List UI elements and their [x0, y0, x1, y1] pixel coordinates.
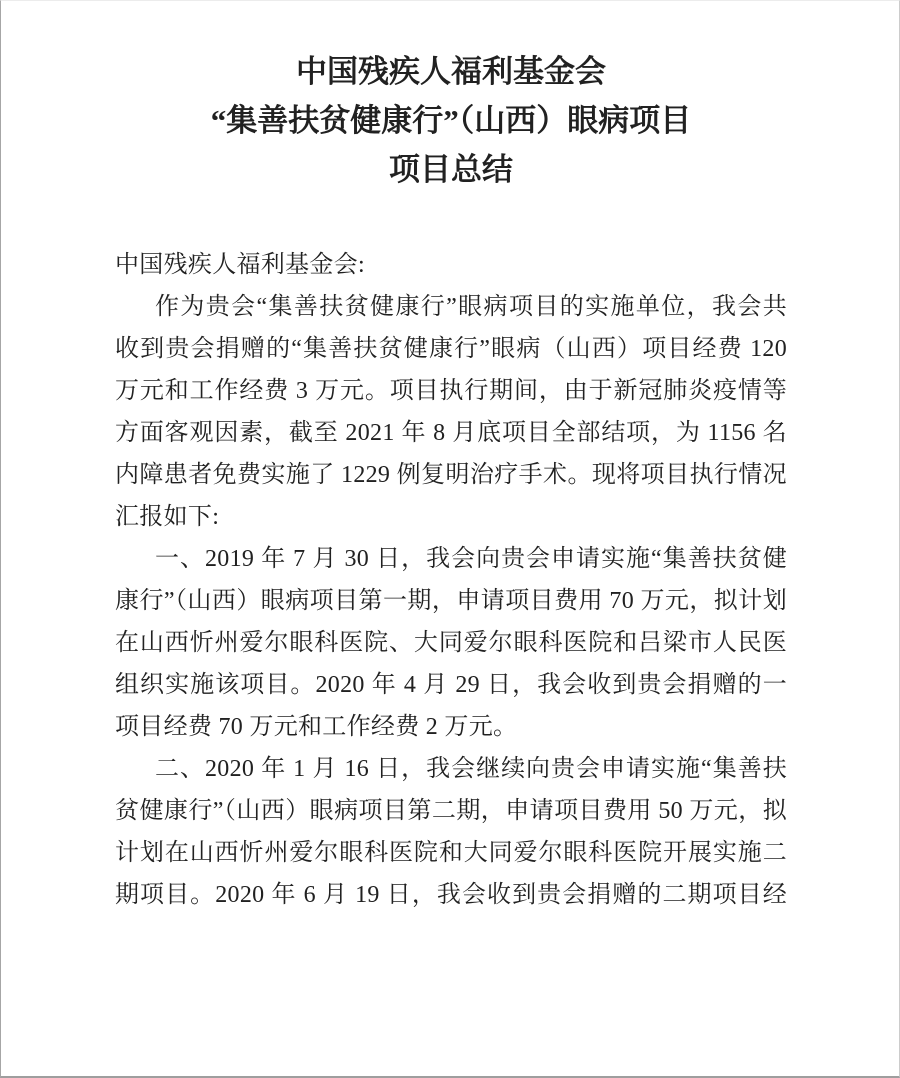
body-line[interactable]: 计划在山西忻州爱尔眼科医院和大同爱尔眼科医院开展实施二	[115, 832, 787, 874]
body-line[interactable]: 康行”（山西）眼病项目第一期，申请项目费用 70 万元，拟计划	[115, 580, 787, 622]
body-line[interactable]: 作为贵会“集善扶贫健康行”眼病项目的实施单位，我会共	[115, 286, 787, 328]
body-line[interactable]: 收到贵会捐赠的“集善扶贫健康行”眼病（山西）项目经费 120	[115, 328, 787, 370]
body-line[interactable]: 方面客观因素，截至 2021 年 8 月底项目全部结项，为 1156 名白	[115, 412, 787, 454]
body-line[interactable]: 项目经费 70 万元和工作经费 2 万元。	[115, 706, 787, 748]
body-line[interactable]: 贫健康行”（山西）眼病项目第二期，申请项目费用 50 万元，拟	[115, 790, 787, 832]
document-title: 中国残疾人福利基金会 “集善扶贫健康行”（山西）眼病项目 项目总结	[115, 47, 787, 194]
title-line-org[interactable]: 中国残疾人福利基金会	[115, 47, 787, 96]
body-line[interactable]: 内障患者免费实施了 1229 例复明治疗手术。现将项目执行情况	[115, 454, 787, 496]
body-line[interactable]: 组织实施该项目。2020 年 4 月 29 日，我会收到贵会捐赠的一期	[115, 664, 787, 706]
body-line[interactable]: 万元和工作经费 3 万元。项目执行期间，由于新冠肺炎疫情等多	[115, 370, 787, 412]
body-line[interactable]: 汇报如下:	[115, 496, 787, 538]
body-line[interactable]: 一、2019 年 7 月 30 日，我会向贵会申请实施“集善扶贫健	[115, 538, 787, 580]
body-line-salutation[interactable]: 中国残疾人福利基金会:	[115, 244, 787, 286]
body-line-with-cursor[interactable]: 在山西忻州爱尔眼科医院、大同爱尔眼科医院和吕梁市人民医院	[115, 622, 787, 664]
title-line-summary[interactable]: 项目总结	[115, 145, 787, 194]
document-page[interactable]: 中国残疾人福利基金会 “集善扶贫健康行”（山西）眼病项目 项目总结 中国残疾人福…	[0, 0, 900, 1078]
title-line-project[interactable]: “集善扶贫健康行”（山西）眼病项目	[115, 96, 787, 145]
body-line-text: 在山西忻州爱尔眼科医院、大同爱尔眼科医院和吕梁市人民医院	[115, 630, 787, 664]
document-body: 中国残疾人福利基金会: 作为贵会“集善扶贫健康行”眼病项目的实施单位，我会共 收…	[115, 244, 787, 916]
body-line[interactable]: 期项目。2020 年 6 月 19 日，我会收到贵会捐赠的二期项目经费 50	[115, 874, 787, 916]
body-line[interactable]: 二、2020 年 1 月 16 日，我会继续向贵会申请实施“集善扶	[115, 748, 787, 790]
